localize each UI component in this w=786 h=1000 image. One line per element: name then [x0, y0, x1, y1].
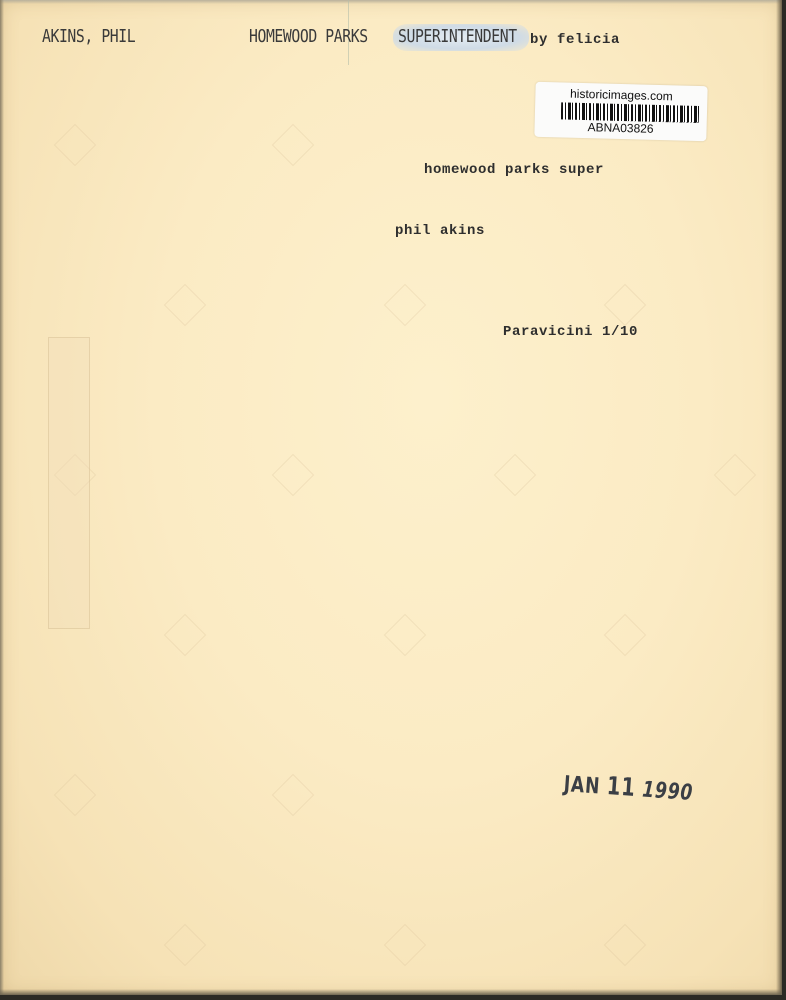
- title-label-corrected: SUPERINTENDENT: [398, 26, 517, 47]
- watermark-diamond: [272, 774, 314, 816]
- date-stamp-month: JAN: [563, 772, 601, 799]
- barcode-sticker: historicimages.com ABNA03826: [534, 82, 707, 141]
- watermark-diamond: [54, 124, 96, 166]
- watermark-diamond: [272, 454, 314, 496]
- paper-edge-bottom: [0, 989, 782, 995]
- slug-line: homewood parks super: [424, 162, 604, 178]
- date-stamp-day: 11: [606, 771, 637, 802]
- date-stamp: JAN 11 1990: [563, 768, 694, 806]
- watermark-diamond: [272, 124, 314, 166]
- watermark-diamond: [494, 454, 536, 496]
- subject-line: phil akins: [395, 223, 485, 239]
- watermark-diamond: [604, 924, 646, 966]
- archive-sheet: AKINS, PHIL HOMEWOOD PARKS SUPERINTENDEN…: [0, 0, 782, 995]
- paper-edge-top: [0, 0, 782, 4]
- watermark-diamond: [384, 924, 426, 966]
- watermark-diamond: [384, 614, 426, 656]
- paper-edge-left: [0, 0, 4, 995]
- watermark-diamond: [54, 774, 96, 816]
- date-stamp-year: 1990: [641, 778, 694, 806]
- watermark-diamond: [384, 284, 426, 326]
- watermark-diamond: [604, 614, 646, 656]
- title-label: HOMEWOOD PARKS: [249, 26, 368, 47]
- credit-line: Paravicini 1/10: [503, 324, 638, 340]
- watermark-diamond: [164, 614, 206, 656]
- watermark-diamond: [164, 924, 206, 966]
- byline: by felicia: [530, 32, 620, 48]
- paper-edge-right: [776, 0, 782, 995]
- name-label: AKINS, PHIL: [42, 26, 135, 47]
- watermark-diamond: [164, 284, 206, 326]
- watermark-diamond: [714, 454, 756, 496]
- watermark-diamond: [604, 284, 646, 326]
- tape-residue: [48, 337, 90, 629]
